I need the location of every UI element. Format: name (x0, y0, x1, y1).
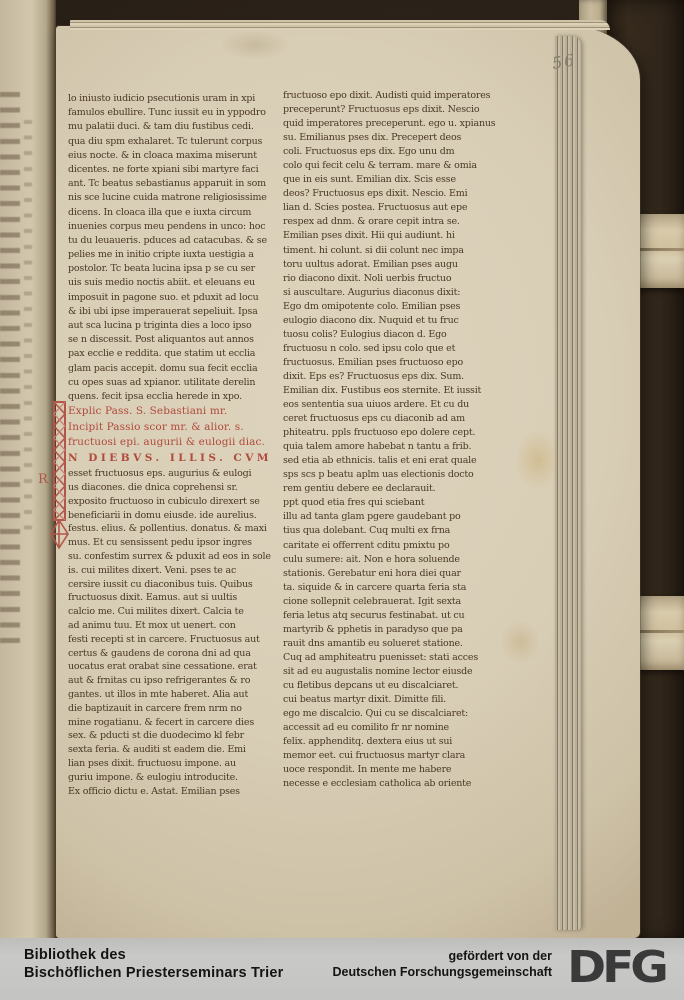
manuscript-text-line: rem gentiu debere ee declarauit. (283, 482, 533, 496)
manuscript-text-line: lian d. Scies postea. Fructuosus aut epe (283, 201, 533, 215)
manuscript-text-line: toru uultus adorat. Emilian pses augu (283, 258, 533, 272)
manuscript-text-line: die baptizauit in carcere frem nrm no (68, 702, 292, 716)
manuscript-text-line: sex. & pducti st die duodecimo kl febr (68, 729, 292, 743)
dfg-logo: DFG (556, 942, 676, 994)
manuscript-text-line: calcio me. Cui milites dixert. Calcia te (68, 605, 292, 619)
manuscript-text-line: eius nocte. & in cloaca maxima miserunt (68, 149, 292, 163)
manuscript-text-line: ceret fructuosus eps cu diaconib ad am (283, 412, 533, 426)
manuscript-text-line: ppt quod etia fres qui sciebant (283, 496, 533, 510)
manuscript-text-line: feria letus atq securus festinabat. ut c… (283, 609, 533, 623)
facing-page-text-fragments (24, 120, 32, 540)
manuscript-text-line: phiteatru. ppls fructuoso epo dolere cep… (283, 426, 533, 440)
manuscript-text-line: quens. fecit ipsa ecclia herede in xpo. (68, 390, 292, 404)
manuscript-text-line: quia talem amore habebat n tantu a frib. (283, 440, 533, 454)
manuscript-text-line: accessit ad eu comilito fr nr nomine (283, 721, 533, 735)
manuscript-text-line: Incipit Passio scor mr. & alior. s. (68, 420, 292, 435)
manuscript-text-line: respex ad dnm. & orare cepit intra se. (283, 215, 533, 229)
manuscript-text-line: ego me discalcio. Qui cu se discalciaret… (283, 707, 533, 721)
passio-fructuosi-beginning: esset fructuosus eps. augurius & eulogiu… (68, 467, 292, 798)
manuscript-text-line: Explic Pass. S. Sebastiani mr. (68, 404, 292, 419)
manuscript-text-line: mus. Et cu sensissent pedu ipsor ingres (68, 536, 292, 550)
manuscript-text-line: illu ad tanta glam pgere gaudebant po (283, 510, 533, 524)
manuscript-text-line: si auscultare. Augurius diaconus dixit: (283, 286, 533, 300)
funding-line1: gefördert von der (333, 948, 553, 964)
manuscript-text-line: su. confestim surrex & pduxit ad eos in … (68, 550, 292, 564)
library-name-line1: Bibliothek des (24, 946, 283, 964)
manuscript-text-line: tius qua dolebant. Cuq multi ex frna (283, 524, 533, 538)
manuscript-text-line: festus. elius. & pollentius. donatus. & … (68, 522, 292, 536)
manuscript-text-line: felix. apphenditq. dextera eius ut sui (283, 735, 533, 749)
manuscript-text-line: Emilian pses dixit. Hii qui audiunt. hi (283, 229, 533, 243)
facing-page-edge (0, 0, 56, 940)
manuscript-text-line: us diacones. die dnica coprehensi sr. (68, 481, 292, 495)
manuscript-text-line: inuenies corpus meu pendens in unco: hoc (68, 220, 292, 234)
manuscript-text-line: dicens. In cloaca illa que e iuxta circu… (68, 206, 292, 220)
manuscript-text-line: tu du leuaueris. pduces ad catacubas. & … (68, 234, 292, 248)
manuscript-text-line: tuosu colis? Eulogius diacon d. Ego (283, 328, 533, 342)
manuscript-text-line: sexta feria. & auditi st eadem die. Emi (68, 743, 292, 757)
manuscript-text-line: beneficiarii in domu eiusde. ide aureliu… (68, 509, 292, 523)
display-capitals-line: N DIEBVS. ILLIS. CVM (68, 450, 292, 467)
manuscript-text-line: fructuosus dixit. Eamus. aut si uultis (68, 591, 292, 605)
manuscript-text-line: ad animu tuu. Et mox ut uenert. con (68, 619, 292, 633)
manuscript-text-line: Ex officio dictu e. Astat. Emilian pses (68, 785, 292, 799)
manuscript-text-line: guriu impone. & eulogiu introducite. (68, 771, 292, 785)
manuscript-text-line: nis sce lucine cuida matrone religiosiss… (68, 191, 292, 205)
manuscript-text-line: festi recepti st in carcere. Fructuosus … (68, 633, 292, 647)
manuscript-text-line: uocatus erat orabat sine cessatione. era… (68, 660, 292, 674)
left-text-column: lo iniusto iudicio psecutionis uram in x… (68, 92, 292, 798)
manuscript-text-line: sit ad eu augustalis nomine lector eiusd… (283, 665, 533, 679)
manuscript-text-line: coli. Fructuosus eps dix. Ego unu dm (283, 145, 533, 159)
manuscript-text-line: certus & gaudens de corona dni ad qua (68, 647, 292, 661)
page-stack-fore-edge (555, 36, 581, 930)
manuscript-text-line: dicentes. ne forte xpiani sibi martyre f… (68, 163, 292, 177)
passio-sebastiani-ending: lo iniusto iudicio psecutionis uram in x… (68, 92, 292, 404)
manuscript-text-line: imposuit in pagone suo. et pduxit ad loc… (68, 291, 292, 305)
manuscript-text-line: uis suis medio noctis abiit. et eleuans … (68, 276, 292, 290)
manuscript-text-line: eos sententia sua uiuos ardere. Et cu du (283, 398, 533, 412)
manuscript-text-line: glam pacis accepit. domu sua fecit eccli… (68, 362, 292, 376)
manuscript-text-line: gantes. ut illos in mte haberet. Alia au… (68, 688, 292, 702)
manuscript-text-line: Ego dm omipotente colo. Emilian pses (283, 300, 533, 314)
manuscript-text-line: cui beatus martyr dixit. Dimitte fili. (283, 693, 533, 707)
manuscript-text-line: memor eet. cui fructuosus martyr clara (283, 749, 533, 763)
manuscript-text-line: se n discessit. Post aliquantos aut anno… (68, 333, 292, 347)
funding-line2: Deutschen Forschungsgemeinschaft (333, 964, 553, 980)
manuscript-text-line: dixit. Eps es? Fructuosus eps dix. Sum. (283, 370, 533, 384)
manuscript-text-line: caritate ei offerrent cditu pmixtu po (283, 539, 533, 553)
passio-fructuosi-continuation: fructuoso epo dixit. Audisti quid impera… (283, 89, 533, 791)
library-attribution: Bibliothek des Bischöflichen Priestersem… (24, 946, 283, 982)
manuscript-text-line: eulogio diacono dix. Nuquid et tu fruc (283, 314, 533, 328)
manuscript-text-line: culu sumere: ait. Non e hora soluende (283, 553, 533, 567)
manuscript-text-line: deos? Fructuosus eps dixit. Nescio. Emi (283, 187, 533, 201)
manuscript-text-line: mine rogatianu. & fecert in carcere dies (68, 716, 292, 730)
facing-page-text-fragments (0, 92, 20, 652)
funding-attribution: gefördert von der Deutschen Forschungsge… (333, 948, 553, 980)
manuscript-text-line: fructuosu n colo. sed ipsu colo que et (283, 342, 533, 356)
manuscript-text-line: cersire iussit cu diaconibus tuis. Quibu… (68, 578, 292, 592)
manuscript-text-line: Emilian dix. Fustibus eos sternite. Et i… (283, 384, 533, 398)
manuscript-text-line: que in eis sunt. Emilian dix. Scis esse (283, 173, 533, 187)
manuscript-text-line: & ibi ubi ipse imperauerat sepeliuit. Ip… (68, 305, 292, 319)
manuscript-text-line: fructuosi epi. augurii & eulogii diac. (68, 435, 292, 450)
manuscript-text-line: ta. siquide & in carcere quarta feria st… (283, 581, 533, 595)
manuscript-text-line: stationis. Gerebatur eni hora diei quar (283, 567, 533, 581)
manuscript-text-line: ant. Tc beatus sebastianus apparuit in s… (68, 177, 292, 191)
manuscript-text-line: sed etia ab ethnicis. talis et eni erat … (283, 454, 533, 468)
manuscript-text-line: aut sca lucina p triginta dies a loco ip… (68, 319, 292, 333)
marginal-guide-letter: R (38, 472, 48, 487)
manuscript-text-line: pax ecclie e reddita. que statim ut eccl… (68, 347, 292, 361)
manuscript-text-line: rio diacono dixit. Noli uerbis fructuo (283, 272, 533, 286)
manuscript-text-line: cu opes suas ad xpianor. utilitate derel… (68, 376, 292, 390)
manuscript-text-line: aut & frnitas cu ipso refrigerantes & ro (68, 674, 292, 688)
manuscript-text-line: su. Emilianus pses dix. Precepert deos (283, 131, 533, 145)
manuscript-text-line: fructuoso epo dixit. Audisti quid impera… (283, 89, 533, 103)
manuscript-text-line: esset fructuosus eps. augurius & eulogi (68, 467, 292, 481)
manuscript-text-line: uoce respondit. In mente me habere (283, 763, 533, 777)
manuscript-text-line: sps scs p beatu aplm uas electionis doct… (283, 468, 533, 482)
manuscript-text-line: quid imperatores preceperunt. ego u. xpi… (283, 117, 533, 131)
manuscript-text-line: martyrib & pphetis in paradyso que pa (283, 623, 533, 637)
manuscript-text-line: necesse e ecclesiam catholica ab oriente (283, 777, 533, 791)
manuscript-text-line: exposito fructuoso in cubiculo direxert … (68, 495, 292, 509)
manuscript-text-line: famulos ebullire. Tunc iussit eu in yppo… (68, 106, 292, 120)
library-name-line2: Bischöflichen Priesterseminars Trier (24, 964, 283, 982)
manuscript-text-line: lo iniusto iudicio psecutionis uram in x… (68, 92, 292, 106)
right-text-column: fructuoso epo dixit. Audisti quid impera… (283, 89, 533, 791)
manuscript-text-line: cione sollepnit celebrauerat. Igit sexta (283, 595, 533, 609)
attribution-footer: Bibliothek des Bischöflichen Priestersem… (0, 938, 684, 1000)
rubric-explicit-incipit: Explic Pass. S. Sebastiani mr.Incipit Pa… (68, 404, 292, 450)
manuscript-text-line: preceperunt? Fructuosus eps dixit. Nesci… (283, 103, 533, 117)
manuscript-text-line: qua diu spm exhalaret. Tc tulerunt corpu… (68, 135, 292, 149)
manuscript-text-line: fructuosus. Emilian pses fructuoso epo (283, 356, 533, 370)
manuscript-text-line: lian pses dixit. fructuosu impone. au (68, 757, 292, 771)
manuscript-text-line: Cuq ad amphiteatru puenisset: stati acce… (283, 651, 533, 665)
page-stack-top-edge (70, 20, 610, 30)
manuscript-text-line: colo qui fecit celu & terram. mare & omi… (283, 159, 533, 173)
manuscript-text-line: cu fletibus depcans ut eu discalciaret. (283, 679, 533, 693)
manuscript-text-line: is. cui milites dixert. Veni. pses te ac (68, 564, 292, 578)
manuscript-text-line: rauit dns amantib eu solueret statione. (283, 637, 533, 651)
manuscript-text-line: mu palatii duci. & tam diu fustibus cedi… (68, 120, 292, 134)
manuscript-text-line: pelies me in initio cripte iuxta uestigi… (68, 248, 292, 262)
manuscript-text-line: postolor. Tc beata lucina ipsa p se cu s… (68, 262, 292, 276)
manuscript-text-line: timent. hi colunt. si dii colunt nec imp… (283, 244, 533, 258)
digitized-manuscript-viewer: 56 R lo iniusto iudicio psecutionis uram… (0, 0, 684, 1000)
